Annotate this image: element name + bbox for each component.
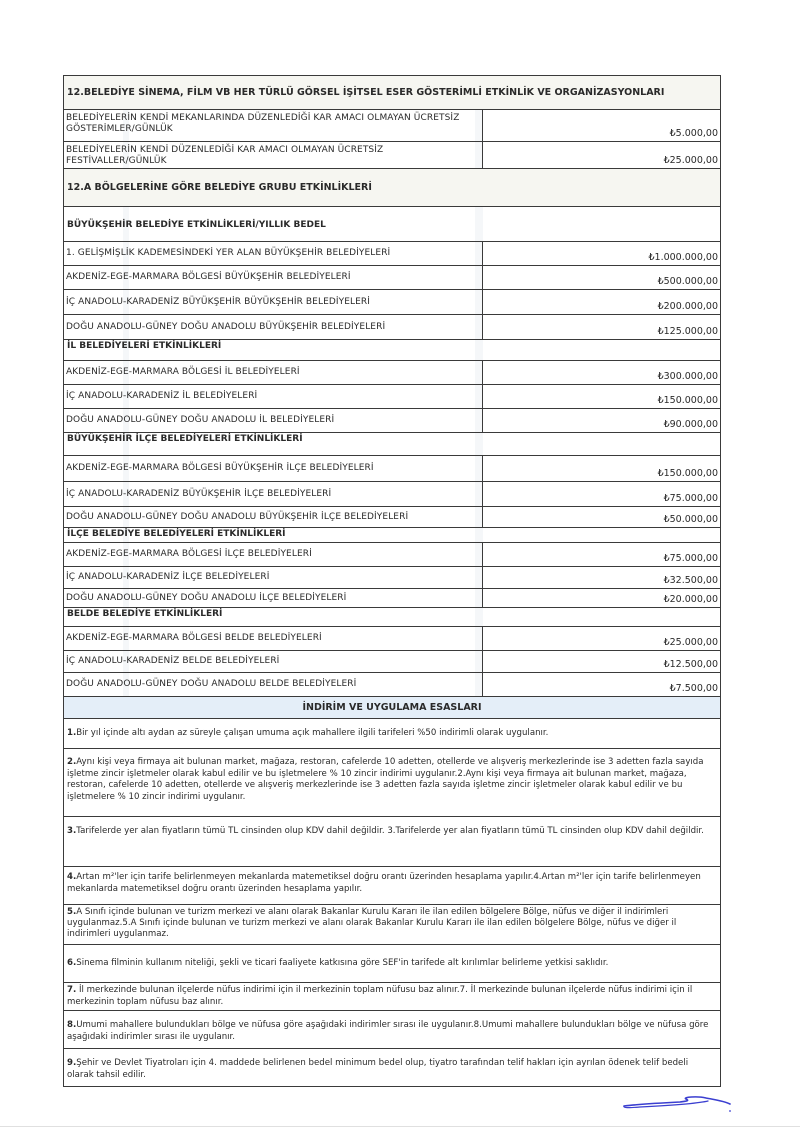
row-value: ₺25.000,00	[483, 142, 720, 168]
row-label: İÇ ANADOLU-KARADENİZ BÜYÜKŞEHİR İLÇE BEL…	[64, 482, 483, 506]
note-row: 3.Tarifelerde yer alan fiyatların tümü T…	[63, 817, 721, 867]
note-text: Tarifelerde yer alan fiyatların tümü TL …	[76, 826, 704, 836]
row-label: AKDENİZ-EGE-MARMARA BÖLGESİ BÜYÜKŞEHİR İ…	[64, 456, 483, 481]
note-text: A Sınıfı içinde bulunan ve turizm merkez…	[67, 907, 676, 939]
row-value: ₺300.000,00	[483, 361, 720, 384]
note-number: 8.	[67, 1020, 76, 1030]
note-text: Bir yıl içinde altı aydan az süreyle çal…	[76, 728, 548, 738]
row-value: ₺20.000,00	[483, 589, 720, 607]
table-row: 1. GELİŞMİŞLİK KADEMESİNDEKİ YER ALAN BÜ…	[63, 242, 721, 266]
note-number: 5.	[67, 907, 76, 917]
note-row: 4.Artan m²'ler için tarife belirlenmeyen…	[63, 867, 721, 905]
row-label: DOĞU ANADOLU-GÜNEY DOĞU ANADOLU İL BELED…	[64, 409, 483, 432]
table-row: İÇ ANADOLU-KARADENİZ BÜYÜKŞEHİR BÜYÜKŞEH…	[63, 290, 721, 315]
note-row: 2.Aynı kişi veya firmaya ait bulunan mar…	[63, 749, 721, 817]
note-4: 4.Artan m²'ler için tarife belirlenmeyen…	[64, 867, 720, 904]
row-label: AKDENİZ-EGE-MARMARA BÖLGESİ İLÇE BELEDİY…	[64, 543, 483, 566]
row-value: ₺500.000,00	[483, 266, 720, 289]
table-row: AKDENİZ-EGE-MARMARA BÖLGESİ İL BELEDİYEL…	[63, 361, 721, 385]
note-text: Aynı kişi veya firmaya ait bulunan marke…	[67, 757, 704, 802]
group-header: İL BELEDİYELERİ ETKİNLİKLERİ	[63, 340, 721, 361]
row-value: ₺200.000,00	[483, 290, 720, 314]
note-text: Şehir ve Devlet Tiyatroları için 4. madd…	[67, 1058, 688, 1080]
note-number: 7.	[67, 985, 76, 995]
note-text: Artan m²'ler için tarife belirlenmeyen m…	[67, 872, 701, 894]
table-row: DOĞU ANADOLU-GÜNEY DOĞU ANADOLU BÜYÜKŞEH…	[63, 315, 721, 340]
table-row: İÇ ANADOLU-KARADENİZ İLÇE BELEDİYELERİ ₺…	[63, 567, 721, 589]
row-value: ₺5.000,00	[483, 110, 720, 141]
row-value: ₺90.000,00	[483, 409, 720, 432]
note-row: 5.A Sınıfı içinde bulunan ve turizm merk…	[63, 905, 721, 945]
section-12-title: 12.BELEDİYE SİNEMA, FİLM VB HER TÜRLÜ GÖ…	[64, 76, 720, 109]
row-value: ₺7.500,00	[483, 673, 720, 696]
note-number: 4.	[67, 872, 76, 882]
row-label: AKDENİZ-EGE-MARMARA BÖLGESİ BELDE BELEDİ…	[64, 627, 483, 650]
row-label: DOĞU ANADOLU-GÜNEY DOĞU ANADOLU İLÇE BEL…	[64, 589, 483, 607]
row-label: BELEDİYELERİN KENDİ MEKANLARINDA DÜZENLE…	[64, 110, 483, 141]
table-row: AKDENİZ-EGE-MARMARA BÖLGESİ BELDE BELEDİ…	[63, 627, 721, 651]
note-3: 3.Tarifelerde yer alan fiyatların tümü T…	[64, 817, 720, 866]
note-row: 1.Bir yıl içinde altı aydan az süreyle ç…	[63, 719, 721, 749]
group-title: İLÇE BELEDİYE BELEDİYELERİ ETKİNLİKLERİ	[64, 528, 720, 542]
note-text: Sinema filminin kullanım niteliği, şekli…	[76, 958, 608, 968]
row-label: AKDENİZ-EGE-MARMARA BÖLGESİ BÜYÜKŞEHİR B…	[64, 266, 483, 289]
note-text: İl merkezinde bulunan ilçelerde nüfus in…	[67, 985, 692, 1007]
row-label: İÇ ANADOLU-KARADENİZ İL BELEDİYELERİ	[64, 385, 483, 408]
group-title: İL BELEDİYELERİ ETKİNLİKLERİ	[64, 340, 720, 360]
row-label: İÇ ANADOLU-KARADENİZ BELDE BELEDİYELERİ	[64, 651, 483, 672]
section-12a-header: 12.A BÖLGELERİNE GÖRE BELEDİYE GRUBU ETK…	[63, 169, 721, 207]
note-1: 1.Bir yıl içinde altı aydan az süreyle ç…	[64, 719, 720, 748]
note-number: 3.	[67, 826, 76, 836]
table-row: DOĞU ANADOLU-GÜNEY DOĞU ANADOLU BELDE BE…	[63, 673, 721, 697]
note-number: 9.	[67, 1058, 76, 1068]
group-title: BÜYÜKŞEHİR BELEDİYE ETKİNLİKLERİ/YILLIK …	[64, 207, 720, 241]
row-label: DOĞU ANADOLU-GÜNEY DOĞU ANADOLU BELDE BE…	[64, 673, 483, 696]
table-row: İÇ ANADOLU-KARADENİZ BELDE BELEDİYELERİ …	[63, 651, 721, 673]
row-value: ₺125.000,00	[483, 315, 720, 339]
note-6: 6.Sinema filminin kullanım niteliği, şek…	[64, 945, 720, 982]
discounts-title: İNDİRİM VE UYGULAMA ESASLARI	[64, 697, 720, 718]
row-value: ₺150.000,00	[483, 385, 720, 408]
note-number: 1.	[67, 728, 76, 738]
signature-icon	[620, 1094, 740, 1118]
note-2: 2.Aynı kişi veya firmaya ait bulunan mar…	[64, 749, 720, 816]
table-row: DOĞU ANADOLU-GÜNEY DOĞU ANADOLU İL BELED…	[63, 409, 721, 433]
row-value: ₺75.000,00	[483, 482, 720, 506]
table-row: AKDENİZ-EGE-MARMARA BÖLGESİ İLÇE BELEDİY…	[63, 543, 721, 567]
row-value: ₺12.500,00	[483, 651, 720, 672]
group-header: BELDE BELEDİYE ETKİNLİKLERİ	[63, 608, 721, 627]
row-label: İÇ ANADOLU-KARADENİZ İLÇE BELEDİYELERİ	[64, 567, 483, 588]
note-row: 6.Sinema filminin kullanım niteliği, şek…	[63, 945, 721, 983]
table-row: BELEDİYELERİN KENDİ MEKANLARINDA DÜZENLE…	[63, 110, 721, 142]
note-row: 8.Umumi mahallere bulundukları bölge ve …	[63, 1011, 721, 1049]
row-value: ₺32.500,00	[483, 567, 720, 588]
note-5: 5.A Sınıfı içinde bulunan ve turizm merk…	[64, 905, 720, 944]
row-value: ₺50.000,00	[483, 507, 720, 527]
page-edge	[0, 1126, 800, 1127]
note-number: 6.	[67, 958, 76, 968]
row-value: ₺1.000.000,00	[483, 242, 720, 265]
row-label: 1. GELİŞMİŞLİK KADEMESİNDEKİ YER ALAN BÜ…	[64, 242, 483, 265]
group-title: BELDE BELEDİYE ETKİNLİKLERİ	[64, 608, 720, 626]
table-row: İÇ ANADOLU-KARADENİZ BÜYÜKŞEHİR İLÇE BEL…	[63, 482, 721, 507]
table-row: BELEDİYELERİN KENDİ DÜZENLEDİĞİ KAR AMAC…	[63, 142, 721, 169]
table-row: İÇ ANADOLU-KARADENİZ İL BELEDİYELERİ ₺15…	[63, 385, 721, 409]
note-7: 7. İl merkezinde bulunan ilçelerde nüfus…	[64, 983, 720, 1010]
tariff-table: 12.BELEDİYE SİNEMA, FİLM VB HER TÜRLÜ GÖ…	[63, 75, 721, 1087]
group-title: BÜYÜKŞEHİR İLÇE BELEDİYELERİ ETKİNLİKLER…	[64, 433, 720, 455]
row-value: ₺150.000,00	[483, 456, 720, 481]
table-row: DOĞU ANADOLU-GÜNEY DOĞU ANADOLU İLÇE BEL…	[63, 589, 721, 608]
note-row: 7. İl merkezinde bulunan ilçelerde nüfus…	[63, 983, 721, 1011]
note-8: 8.Umumi mahallere bulundukları bölge ve …	[64, 1011, 720, 1048]
row-label: BELEDİYELERİN KENDİ DÜZENLEDİĞİ KAR AMAC…	[64, 142, 483, 168]
discounts-header: İNDİRİM VE UYGULAMA ESASLARI	[63, 697, 721, 719]
table-row: AKDENİZ-EGE-MARMARA BÖLGESİ BÜYÜKŞEHİR İ…	[63, 456, 721, 482]
note-9: 9.Şehir ve Devlet Tiyatroları için 4. ma…	[64, 1049, 720, 1086]
section-12-header: 12.BELEDİYE SİNEMA, FİLM VB HER TÜRLÜ GÖ…	[63, 75, 721, 110]
row-label: DOĞU ANADOLU-GÜNEY DOĞU ANADOLU BÜYÜKŞEH…	[64, 507, 483, 527]
note-text: Umumi mahallere bulundukları bölge ve nü…	[67, 1020, 708, 1042]
group-header: BÜYÜKŞEHİR BELEDİYE ETKİNLİKLERİ/YILLIK …	[63, 207, 721, 242]
row-label: AKDENİZ-EGE-MARMARA BÖLGESİ İL BELEDİYEL…	[64, 361, 483, 384]
row-value: ₺75.000,00	[483, 543, 720, 566]
table-row: DOĞU ANADOLU-GÜNEY DOĞU ANADOLU BÜYÜKŞEH…	[63, 507, 721, 528]
row-label: İÇ ANADOLU-KARADENİZ BÜYÜKŞEHİR BÜYÜKŞEH…	[64, 290, 483, 314]
section-12a-title: 12.A BÖLGELERİNE GÖRE BELEDİYE GRUBU ETK…	[64, 169, 720, 206]
table-row: AKDENİZ-EGE-MARMARA BÖLGESİ BÜYÜKŞEHİR B…	[63, 266, 721, 290]
row-label: DOĞU ANADOLU-GÜNEY DOĞU ANADOLU BÜYÜKŞEH…	[64, 315, 483, 339]
group-header: BÜYÜKŞEHİR İLÇE BELEDİYELERİ ETKİNLİKLER…	[63, 433, 721, 456]
note-row: 9.Şehir ve Devlet Tiyatroları için 4. ma…	[63, 1049, 721, 1087]
row-value: ₺25.000,00	[483, 627, 720, 650]
group-header: İLÇE BELEDİYE BELEDİYELERİ ETKİNLİKLERİ	[63, 528, 721, 543]
note-number: 2.	[67, 757, 76, 767]
